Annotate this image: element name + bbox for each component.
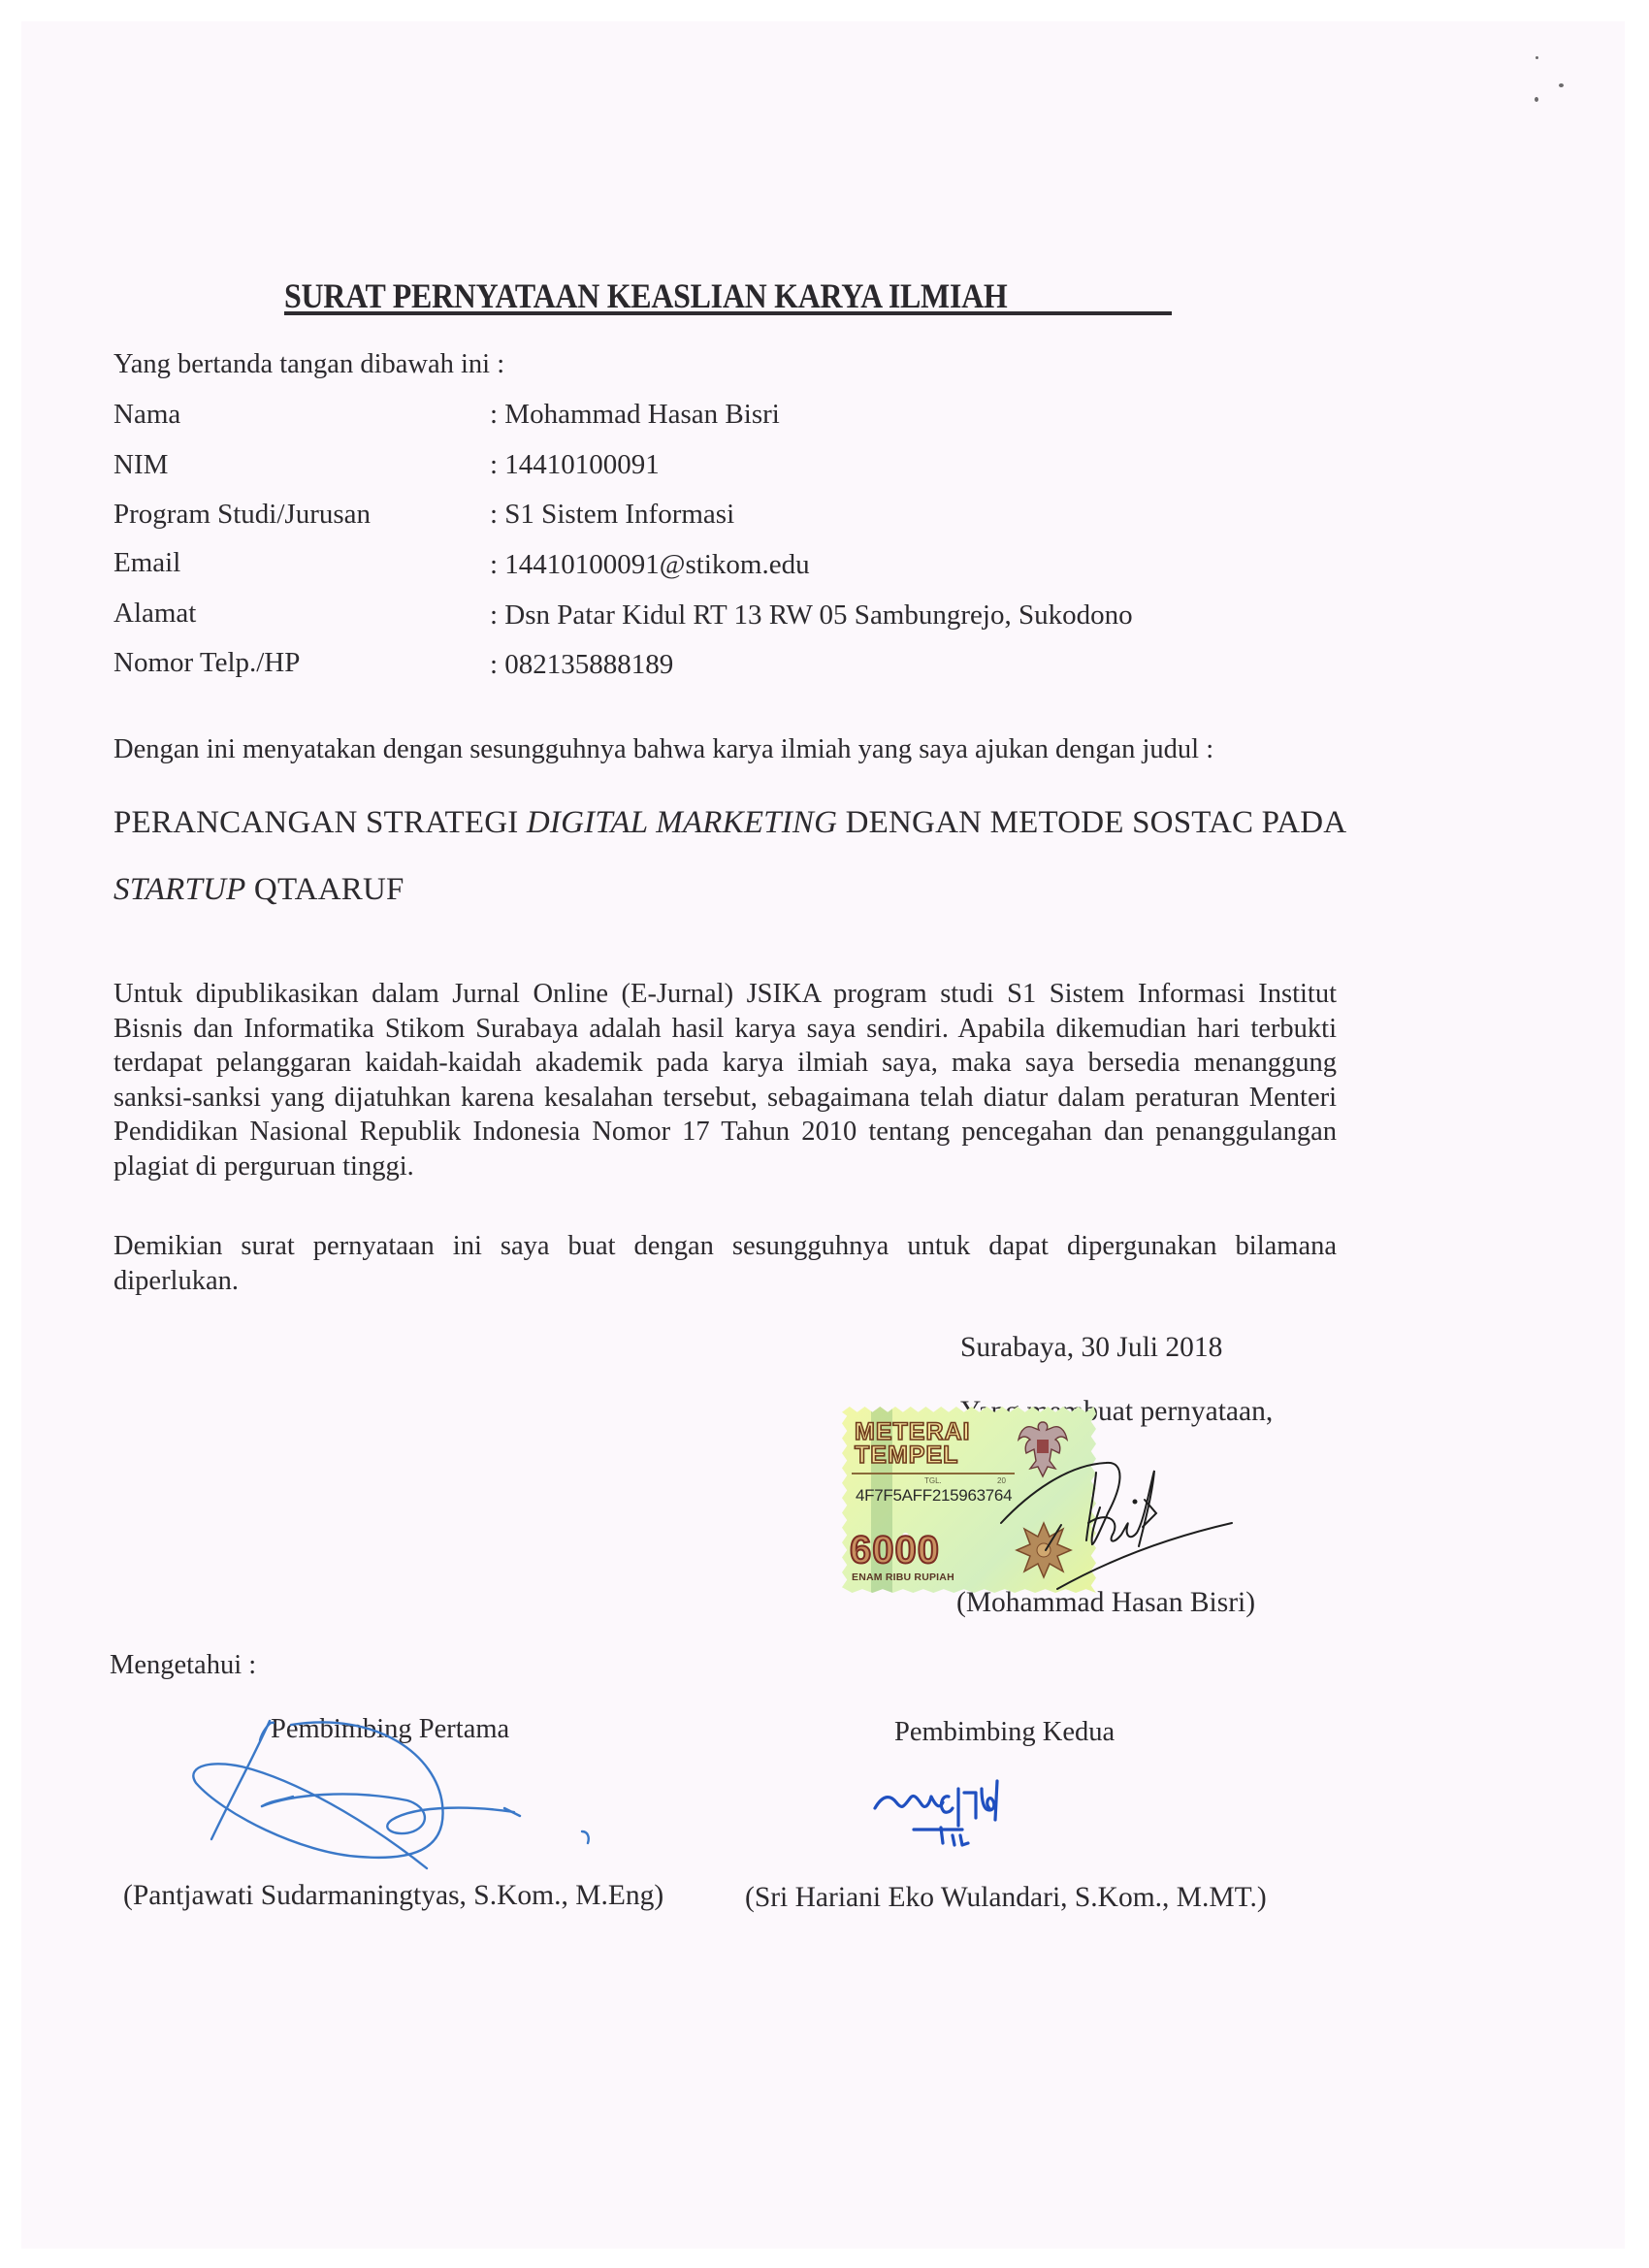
field-label-address: Alamat — [113, 599, 196, 628]
signer-name: (Mohammad Hasan Bisri) — [956, 1589, 1255, 1618]
body-paragraph: Untuk dipublikasikan dalam Jurnal Online… — [113, 977, 1337, 1183]
advisor-second-signature — [854, 1775, 1067, 1863]
field-value-address: : Dsn Patar Kidul RT 13 RW 05 Sambungrej… — [490, 601, 1133, 630]
field-label-nim: NIM — [113, 451, 168, 479]
advisor-second-name: (Sri Hariani Eko Wulandari, S.Kom., M.MT… — [745, 1884, 1267, 1913]
stamp-value-words: ENAM RIBU RUPIAH — [852, 1571, 954, 1583]
thesis-title-line1: PERANCANGAN STRATEGI DIGITAL MARKETING D… — [113, 807, 1346, 839]
closing-paragraph: Demikian surat pernyataan ini saya buat … — [113, 1229, 1337, 1298]
field-label-name: Nama — [113, 401, 180, 429]
stamp-serial: 4F7F5AFF215963764 — [856, 1486, 1012, 1506]
declaration-lead: Dengan ini menyatakan dengan sesungguhny… — [113, 736, 1213, 764]
intro-text: Yang bertanda tangan dibawah ini : — [113, 351, 504, 379]
scan-speck — [1536, 56, 1538, 59]
scan-speck — [1559, 83, 1564, 87]
advisor-first-name: (Pantjawati Sudarmaningtyas, S.Kom., M.E… — [123, 1882, 663, 1911]
field-value-email: : 14410100091@stikom.edu — [490, 551, 810, 579]
field-value-name: : Mohammad Hasan Bisri — [490, 401, 780, 429]
title-underline — [284, 311, 1172, 315]
acknowledged-label: Mengetahui : — [110, 1652, 256, 1680]
stamp-rule — [852, 1473, 1015, 1474]
place-date: Surabaya, 30 Juli 2018 — [960, 1334, 1222, 1363]
scan-speck — [1535, 97, 1538, 102]
stamp-date-label: TGL. — [924, 1476, 942, 1485]
student-signature — [999, 1426, 1271, 1601]
stamp-value: 6000 — [850, 1531, 940, 1570]
advisor-first-signature — [184, 1717, 650, 1892]
document-title: SURAT PERNYATAAN KEASLIAN KARYA ILMIAH — [284, 279, 1007, 314]
field-label-phone: Nomor Telp./HP — [113, 649, 300, 677]
field-value-program: : S1 Sistem Informasi — [490, 501, 734, 529]
stamp-title-line2: TEMPEL — [855, 1443, 958, 1468]
field-label-program: Program Studi/Jurusan — [113, 501, 371, 529]
advisor-second-role: Pembimbing Kedua — [894, 1719, 1115, 1747]
field-value-phone: : 082135888189 — [490, 651, 673, 679]
thesis-title-line2: STARTUP QTAARUF — [113, 874, 404, 906]
field-value-nim: : 14410100091 — [490, 451, 660, 479]
field-label-email: Email — [113, 549, 180, 577]
